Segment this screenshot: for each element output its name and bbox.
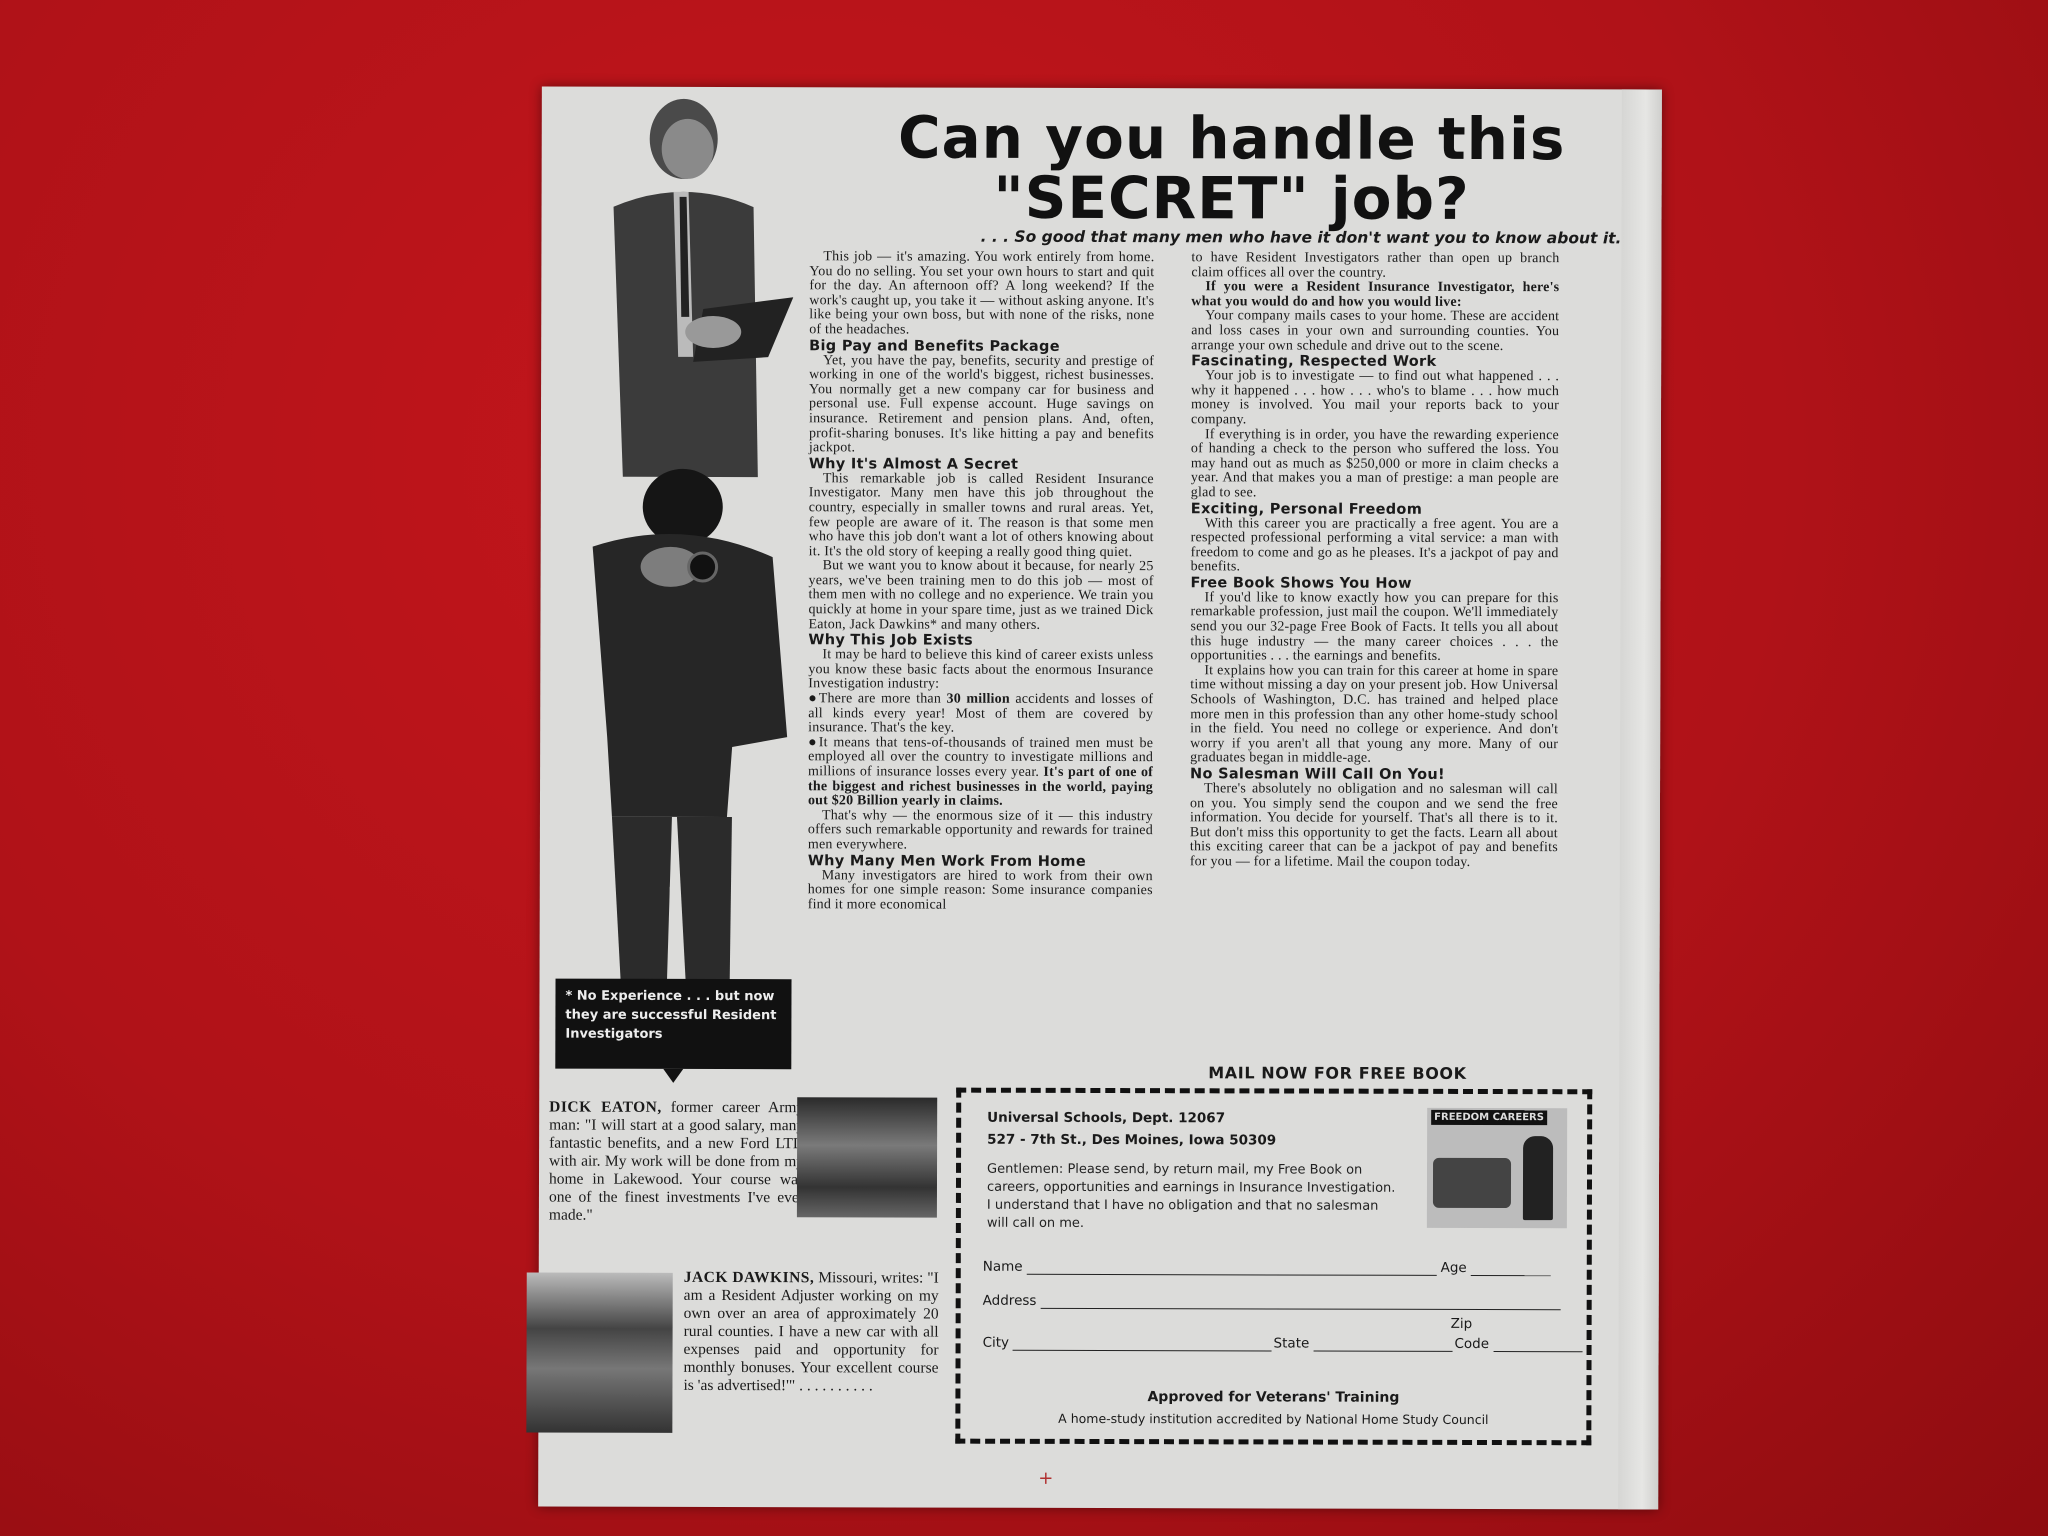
- zip-input-line[interactable]: [1493, 1337, 1583, 1352]
- mail-in-coupon[interactable]: Universal Schools, Dept. 12067 527 - 7th…: [955, 1088, 1592, 1446]
- photo-caption: * No Experience . . . but now they are s…: [555, 979, 791, 1070]
- address-input-line[interactable]: [1040, 1294, 1560, 1310]
- live-paragraph: Your company mails cases to your home. T…: [1191, 310, 1559, 355]
- fascinating-paragraph-1: Your job is to investigate — to find out…: [1191, 369, 1559, 428]
- headline-line-2: "SECRET" job?: [841, 167, 1621, 229]
- article-column-2: to have Resident Investigators rather th…: [1190, 251, 1560, 871]
- city-state-zip-field[interactable]: City State Code: [983, 1335, 1583, 1353]
- state-input-line[interactable]: [1313, 1337, 1452, 1352]
- coupon-address: Universal Schools, Dept. 12067 527 - 7th…: [987, 1107, 1276, 1152]
- salesman-paragraph: There's absolutely no obligation and no …: [1190, 782, 1558, 871]
- book-paragraph-2: It explains how you can train for this c…: [1190, 664, 1558, 767]
- zip-label-row: Zip: [1451, 1316, 1473, 1332]
- continued-paragraph: to have Resident Investigators rather th…: [1191, 251, 1559, 281]
- home-paragraph: Many investigators are hired to work fro…: [808, 869, 1153, 914]
- bullet-tens-of-thousands: It means that tens-of-thousands of train…: [808, 736, 1153, 810]
- freedom-careers-logo: FREEDOM CAREERS: [1427, 1108, 1567, 1228]
- crosshair-mark-icon: +: [1038, 1468, 1053, 1489]
- photo-jack-dawkins: [526, 1273, 672, 1433]
- testimonial-jack-dawkins: JACK DAWKINS, Missouri, writes: "I am a …: [683, 1269, 938, 1396]
- coupon-body-text: Gentlemen: Please send, by return mail, …: [987, 1161, 1397, 1234]
- freedom-paragraph: With this career you are practically a f…: [1191, 517, 1559, 576]
- name-input-line[interactable]: [1027, 1260, 1437, 1276]
- secret-paragraph-2: But we want you to know about it because…: [808, 560, 1153, 634]
- heading-big-pay: Big Pay and Benefits Package: [809, 338, 1154, 355]
- article-column-1: This job — it's amazing. You work entire…: [808, 250, 1155, 913]
- secret-paragraph-1: This remarkable job is called Resident I…: [809, 472, 1154, 560]
- photo-dick-eaton: [797, 1097, 937, 1217]
- veterans-approval: Approved for Veterans' Training: [960, 1389, 1586, 1407]
- bold-question: If you were a Resident Insurance Investi…: [1191, 280, 1559, 310]
- heading-personal-freedom: Exciting, Personal Freedom: [1191, 501, 1559, 518]
- intro-paragraph: This job — it's amazing. You work entire…: [809, 250, 1154, 338]
- photo-investigators: [551, 97, 793, 998]
- accreditation-note: A home-study institution accredited by N…: [960, 1411, 1586, 1428]
- car-icon: [1433, 1158, 1511, 1208]
- testimonial-dick-eaton: DICK EATON, former career Army man: "I w…: [549, 1099, 804, 1226]
- age-input-line[interactable]: [1471, 1261, 1551, 1276]
- book-paragraph-1: If you'd like to know exactly how you ca…: [1190, 591, 1558, 665]
- fascinating-paragraph-2: If everything is in order, you have the …: [1191, 428, 1559, 502]
- address-field[interactable]: Address: [983, 1293, 1573, 1311]
- city-input-line[interactable]: [1013, 1336, 1272, 1352]
- magazine-back-cover: * No Experience . . . but now they are s…: [538, 87, 1662, 1510]
- person-icon: [1523, 1136, 1553, 1220]
- subheadline: . . . So good that many men who have it …: [841, 227, 1621, 247]
- page-spine: [1618, 89, 1662, 1509]
- big-pay-paragraph: Yet, you have the pay, benefits, securit…: [809, 354, 1154, 457]
- bullet-30-million: There are more than 30 million accidents…: [808, 692, 1153, 737]
- name-field[interactable]: Name Age: [983, 1259, 1573, 1277]
- exists-paragraph-1: It may be hard to believe this kind of c…: [808, 648, 1153, 693]
- heading-almost-secret: Why It's Almost A Secret: [809, 456, 1154, 473]
- heading-work-from-home: Why Many Men Work From Home: [808, 853, 1153, 870]
- exists-paragraph-2: That's why — the enormous size of it — t…: [808, 809, 1153, 854]
- headline-line-1: Can you handle this: [842, 107, 1622, 169]
- headline: Can you handle this "SECRET" job?: [841, 107, 1621, 229]
- mail-now-heading: MAIL NOW FOR FREE BOOK: [1208, 1063, 1466, 1083]
